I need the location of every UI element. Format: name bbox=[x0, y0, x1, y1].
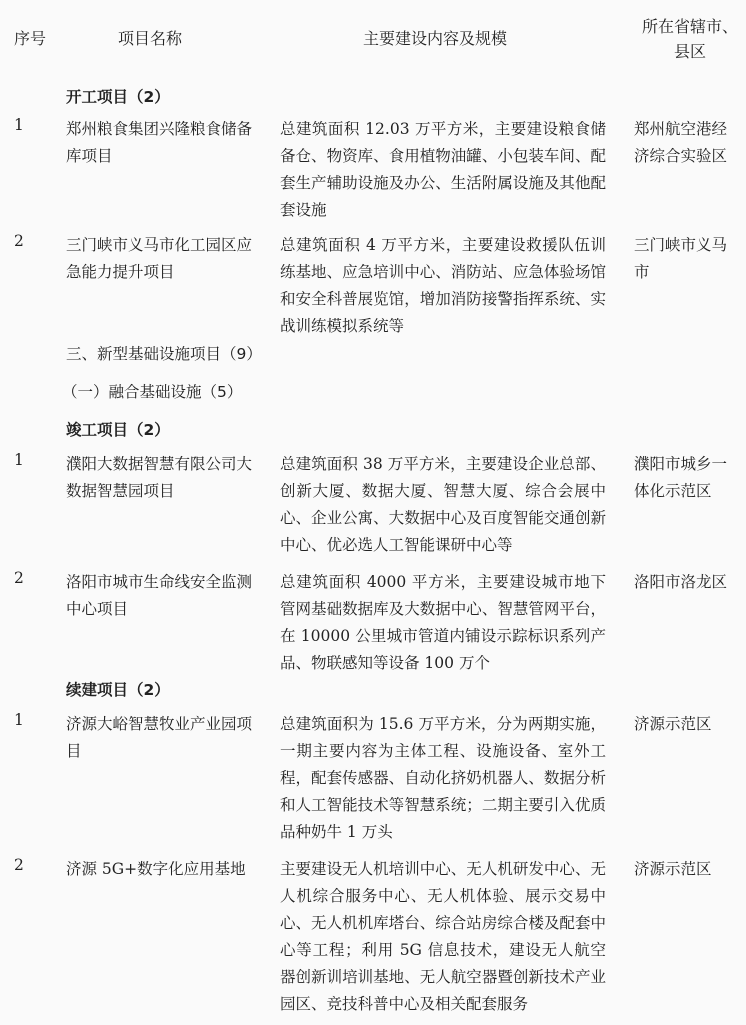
header-seq: 序号 bbox=[14, 26, 46, 49]
row-seq: 1 bbox=[14, 711, 24, 729]
row-seq: 1 bbox=[14, 116, 24, 134]
category-title: 三、新型基础设施项目（9） bbox=[66, 342, 262, 364]
header-location-line2: 县区 bbox=[636, 39, 744, 64]
header-location: 所在省辖市、 县区 bbox=[636, 14, 744, 64]
row-content: 总建筑面积 38 万平方米，主要建设企业总部、创新大厦、数据大厦、智慧大厦、综合… bbox=[280, 451, 606, 559]
row-location: 洛阳市洛龙区 bbox=[634, 569, 738, 596]
row-content: 总建筑面积 4000 平方米，主要建设城市地下管网基础数据库及大数据中心、智慧管… bbox=[280, 569, 606, 677]
row-location: 郑州航空港经济综合实验区 bbox=[634, 116, 738, 170]
row-location: 济源示范区 bbox=[634, 711, 738, 738]
header-location-line1: 所在省辖市、 bbox=[636, 14, 744, 39]
section-title: 开工项目（2） bbox=[66, 85, 170, 107]
row-name: 三门峡市义马市化工园区应急能力提升项目 bbox=[66, 232, 256, 286]
row-seq: 1 bbox=[14, 451, 24, 469]
row-content: 总建筑面积 12.03 万平方米，主要建设粮食储备仓、物资库、食用植物油罐、小包… bbox=[280, 116, 606, 224]
row-name: 濮阳大数据智慧有限公司大数据智慧园项目 bbox=[66, 451, 256, 505]
header-name: 项目名称 bbox=[118, 26, 182, 49]
row-name: 济源 5G+数字化应用基地 bbox=[66, 856, 256, 883]
row-seq: 2 bbox=[14, 232, 24, 250]
row-name: 郑州粮食集团兴隆粮食储备库项目 bbox=[66, 116, 256, 170]
section-title: 续建项目（2） bbox=[66, 678, 170, 700]
section-title: 竣工项目（2） bbox=[66, 418, 170, 440]
row-content: 主要建设无人机培训中心、无人机研发中心、无人机综合服务中心、无人机体验、展示交易… bbox=[280, 856, 606, 1018]
row-location: 濮阳市城乡一体化示范区 bbox=[634, 451, 738, 505]
row-content: 总建筑面积为 15.6 万平方米，分为两期实施，一期主要内容为主体工程、设施设备… bbox=[280, 711, 606, 846]
row-name: 洛阳市城市生命线安全监测中心项目 bbox=[66, 569, 256, 623]
row-location: 济源示范区 bbox=[634, 856, 738, 883]
header-content: 主要建设内容及规模 bbox=[363, 26, 507, 49]
subcategory-title: （一）融合基础设施（5） bbox=[62, 380, 242, 402]
row-location: 三门峡市义马市 bbox=[634, 232, 738, 286]
row-seq: 2 bbox=[14, 856, 24, 874]
row-name: 济源大峪智慧牧业产业园项目 bbox=[66, 711, 256, 765]
row-seq: 2 bbox=[14, 569, 24, 587]
row-content: 总建筑面积 4 万平方米，主要建设救援队伍训练基地、应急培训中心、消防站、应急体… bbox=[280, 232, 606, 340]
